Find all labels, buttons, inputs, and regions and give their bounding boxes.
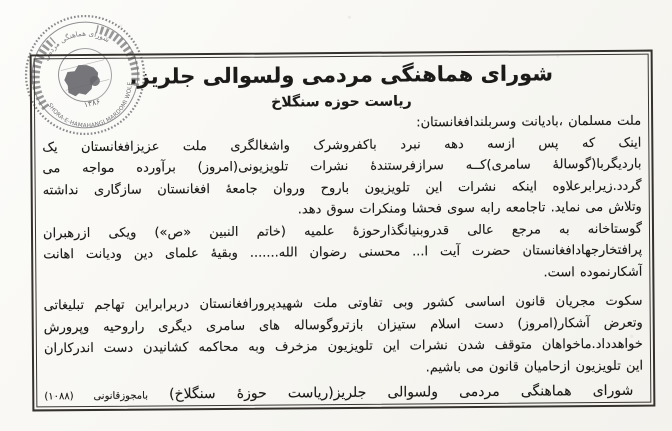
document-frame-inner: شورای هماهنگی مردمی ولسوالی جلریز. ریاست… [34, 54, 652, 408]
signature-line: شورای هماهنگی مردمی ولسوالی جلریز(ریاست … [44, 380, 643, 407]
signature-license-note: بامجوزقانونی (۱۰۸۸) [44, 391, 148, 403]
signature-council-name: شورای هماهنگی مردمی ولسوالی جلریز(ریاست … [169, 383, 633, 403]
scanned-document-page: شورای هماهنگی مردمی ۱۳۸۶ SHORA-E-HAMAHAN… [0, 0, 672, 431]
document-frame: شورای هماهنگی مردمی ولسوالی جلریز. ریاست… [30, 50, 656, 412]
document-title: شورای هماهنگی مردمی ولسوالی جلریز. [42, 57, 641, 95]
